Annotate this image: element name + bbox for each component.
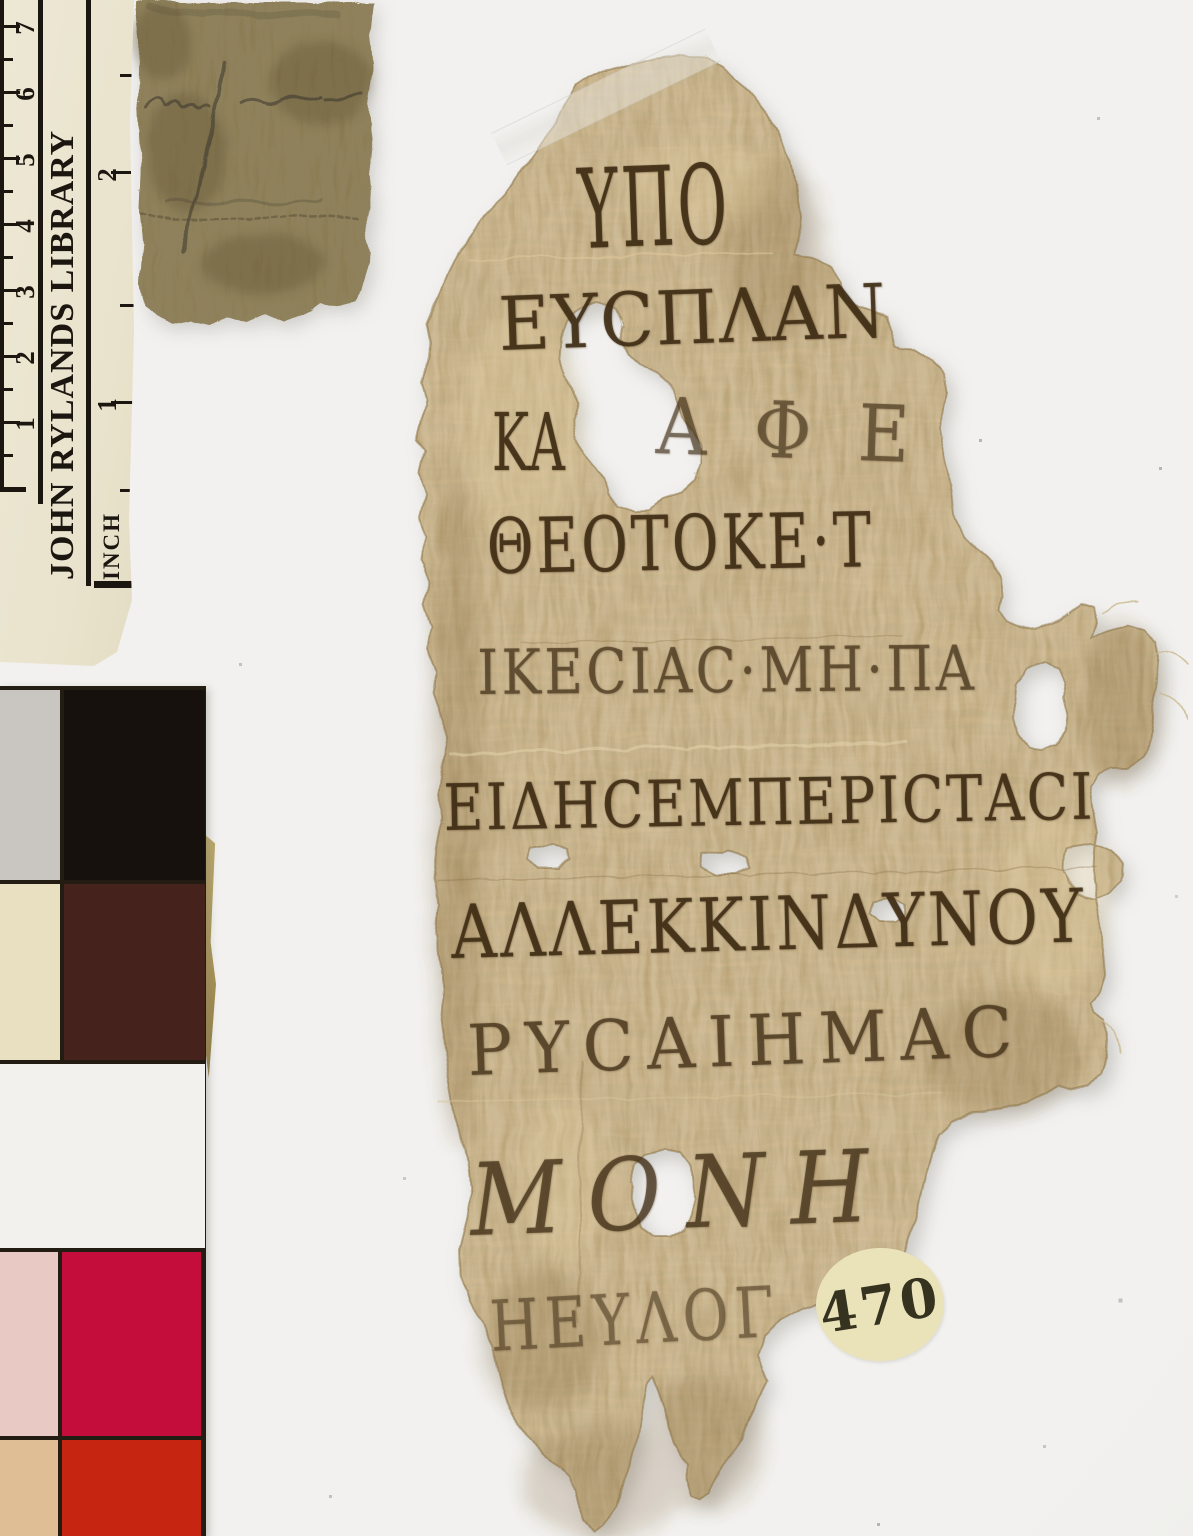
cm-number: 6 bbox=[10, 79, 41, 109]
cm-number: 1 bbox=[10, 409, 41, 439]
cm-zero-line bbox=[0, 487, 26, 492]
inch-number: 2 bbox=[92, 160, 123, 190]
papyrus-line-7: ΑΛΛΕΚΚΙΝΔΥΝΟΥ bbox=[450, 873, 1087, 976]
ruler-face: 1 2 3 4 5 6 7 JOHN RYLANDS LIBRARY INCH … bbox=[0, 0, 134, 592]
swatch-black bbox=[64, 690, 205, 880]
papyrus-line-3b: ΑΦΕ bbox=[655, 382, 958, 482]
cm-number: 4 bbox=[10, 211, 41, 241]
papyrus-line-2: ΕΥϹΠΛΑΝ bbox=[497, 268, 889, 368]
swatch-crimson bbox=[62, 1252, 201, 1436]
inch-tick bbox=[111, 401, 134, 404]
swatch-white-row bbox=[0, 1064, 205, 1248]
cm-number: 7 bbox=[10, 13, 41, 43]
papyrus-line-4: ΘΕΟΤΟΚΕ·Τ bbox=[486, 495, 875, 591]
papyrus-line-1: ΥΠΟ bbox=[576, 141, 733, 274]
cm-number: 3 bbox=[10, 277, 41, 307]
library-scale-card: 1 2 3 4 5 6 7 JOHN RYLANDS LIBRARY INCH … bbox=[0, 0, 134, 666]
swatch-red bbox=[62, 1440, 201, 1536]
dust-specks bbox=[0, 0, 1, 1]
inch-number: 1 bbox=[92, 390, 123, 420]
papyrus-line-3a: ΚΑ bbox=[492, 396, 565, 489]
cm-number: 5 bbox=[10, 145, 41, 175]
swatch-cream bbox=[0, 884, 60, 1060]
inch-tick bbox=[120, 304, 134, 307]
library-name-label: JOHN RYLANDS LIBRARY bbox=[40, 130, 86, 580]
color-calibration-chart bbox=[0, 686, 206, 1536]
small-papyrus-fragment bbox=[130, 0, 371, 322]
inch-tick bbox=[111, 171, 134, 174]
accession-number: 470 bbox=[815, 1263, 945, 1345]
card-rule-line bbox=[86, 0, 91, 586]
papyrus-line-10: ΗΕΥΛΟΓ bbox=[488, 1271, 782, 1368]
cm-number: 2 bbox=[10, 343, 41, 373]
swatch-dark-brown bbox=[64, 884, 205, 1060]
papyrus-line-5: ΙΚΕϹΙΑϹ·ΜΗ·ΠΑ bbox=[477, 632, 977, 709]
swatch-pink bbox=[0, 1252, 58, 1436]
papyrus-line-9: ΜΟΝΗ bbox=[468, 1127, 896, 1259]
photo-stage: ΥΠΟ ΕΥϹΠΛΑΝ ΚΑ ΑΦΕ ΘΕΟΤΟΚΕ·Τ ΙΚΕϹΙΑϹ·ΜΗ·… bbox=[0, 0, 1193, 1536]
inch-zero-line bbox=[94, 581, 134, 588]
papyrus-line-6: ΕΙΔΗϹΕΜΠΕΡΙϹΤΑϹΙ bbox=[443, 761, 1096, 846]
inch-unit-label: INCH bbox=[99, 512, 125, 580]
swatch-gray bbox=[0, 690, 60, 880]
swatch-tan bbox=[0, 1440, 58, 1536]
